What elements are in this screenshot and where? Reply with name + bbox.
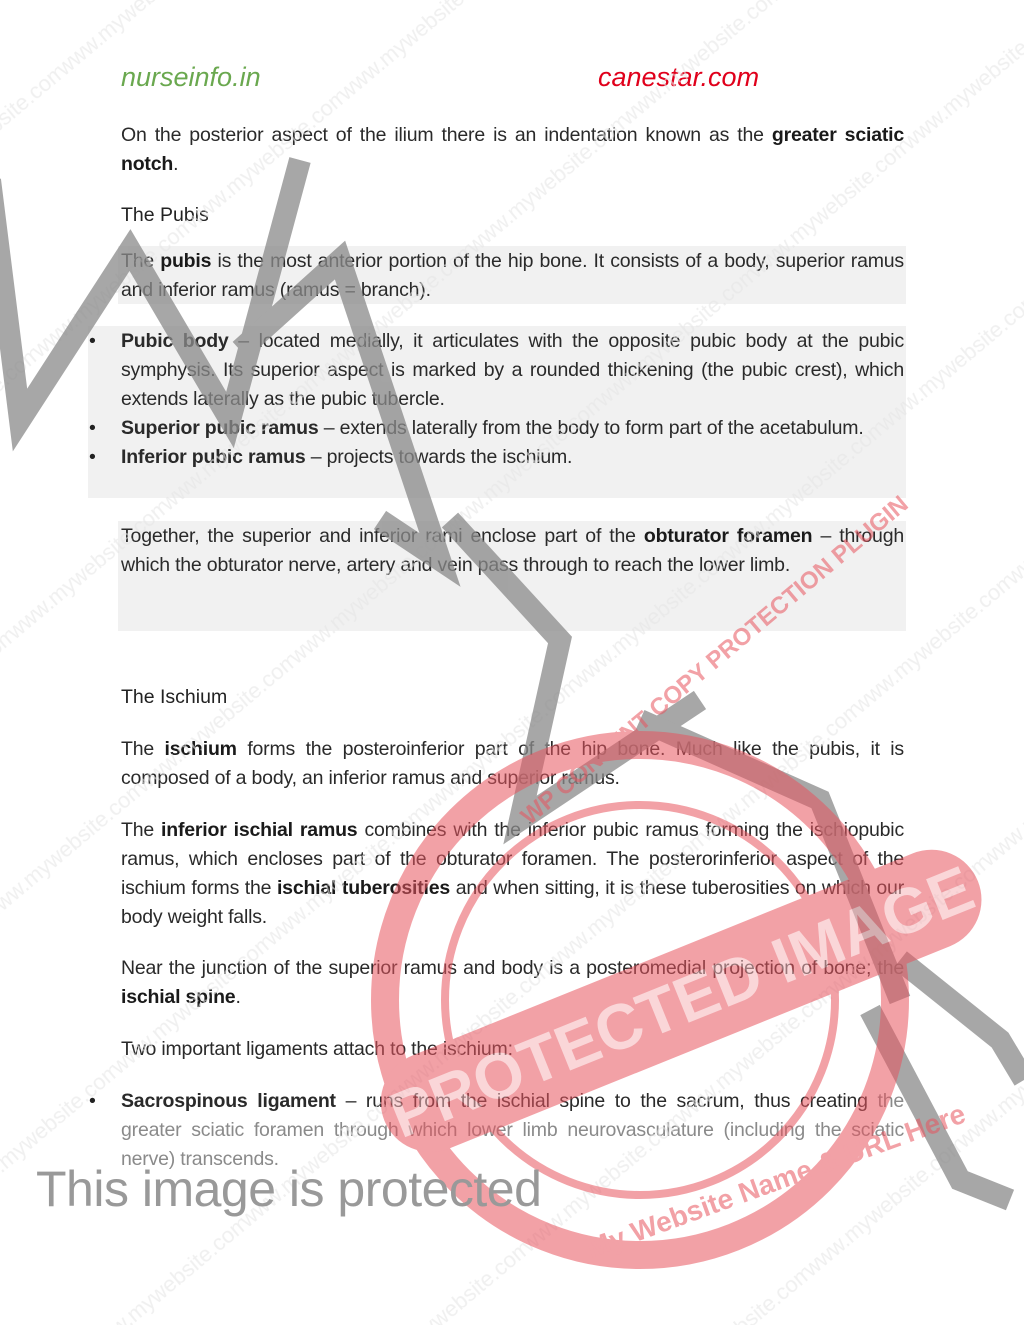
pubis-paragraph-2: Together, the superior and inferior rami… bbox=[121, 522, 904, 580]
header-brand-right: canestar.com bbox=[598, 62, 759, 93]
section-heading-ischium: The Ischium bbox=[121, 686, 227, 709]
document-page: nurseinfo.in canestar.com On the posteri… bbox=[0, 0, 1024, 1325]
ischium-paragraph-4: Two important ligaments attach to the is… bbox=[121, 1035, 904, 1064]
section-heading-pubis: The Pubis bbox=[121, 204, 209, 227]
list-item: Pubic body – located medially, it articu… bbox=[121, 327, 904, 414]
ischium-paragraph-2: The inferior ischial ramus combines with… bbox=[121, 816, 904, 932]
list-item: Inferior pubic ramus – projects towards … bbox=[121, 443, 904, 472]
intro-paragraph: On the posterior aspect of the ilium the… bbox=[121, 121, 904, 179]
pubis-paragraph-1: The pubis is the most anterior portion o… bbox=[121, 247, 904, 305]
protected-notice: This image is protected bbox=[36, 1160, 541, 1218]
list-item: Superior pubic ramus – extends laterally… bbox=[121, 414, 904, 443]
ischium-paragraph-3: Near the junction of the superior ramus … bbox=[121, 954, 904, 1012]
header-brand-left: nurseinfo.in bbox=[121, 62, 261, 93]
pubis-bullet-list: Pubic body – located medially, it articu… bbox=[121, 327, 904, 472]
ischium-paragraph-1: The ischium forms the posteroinferior pa… bbox=[121, 735, 904, 793]
